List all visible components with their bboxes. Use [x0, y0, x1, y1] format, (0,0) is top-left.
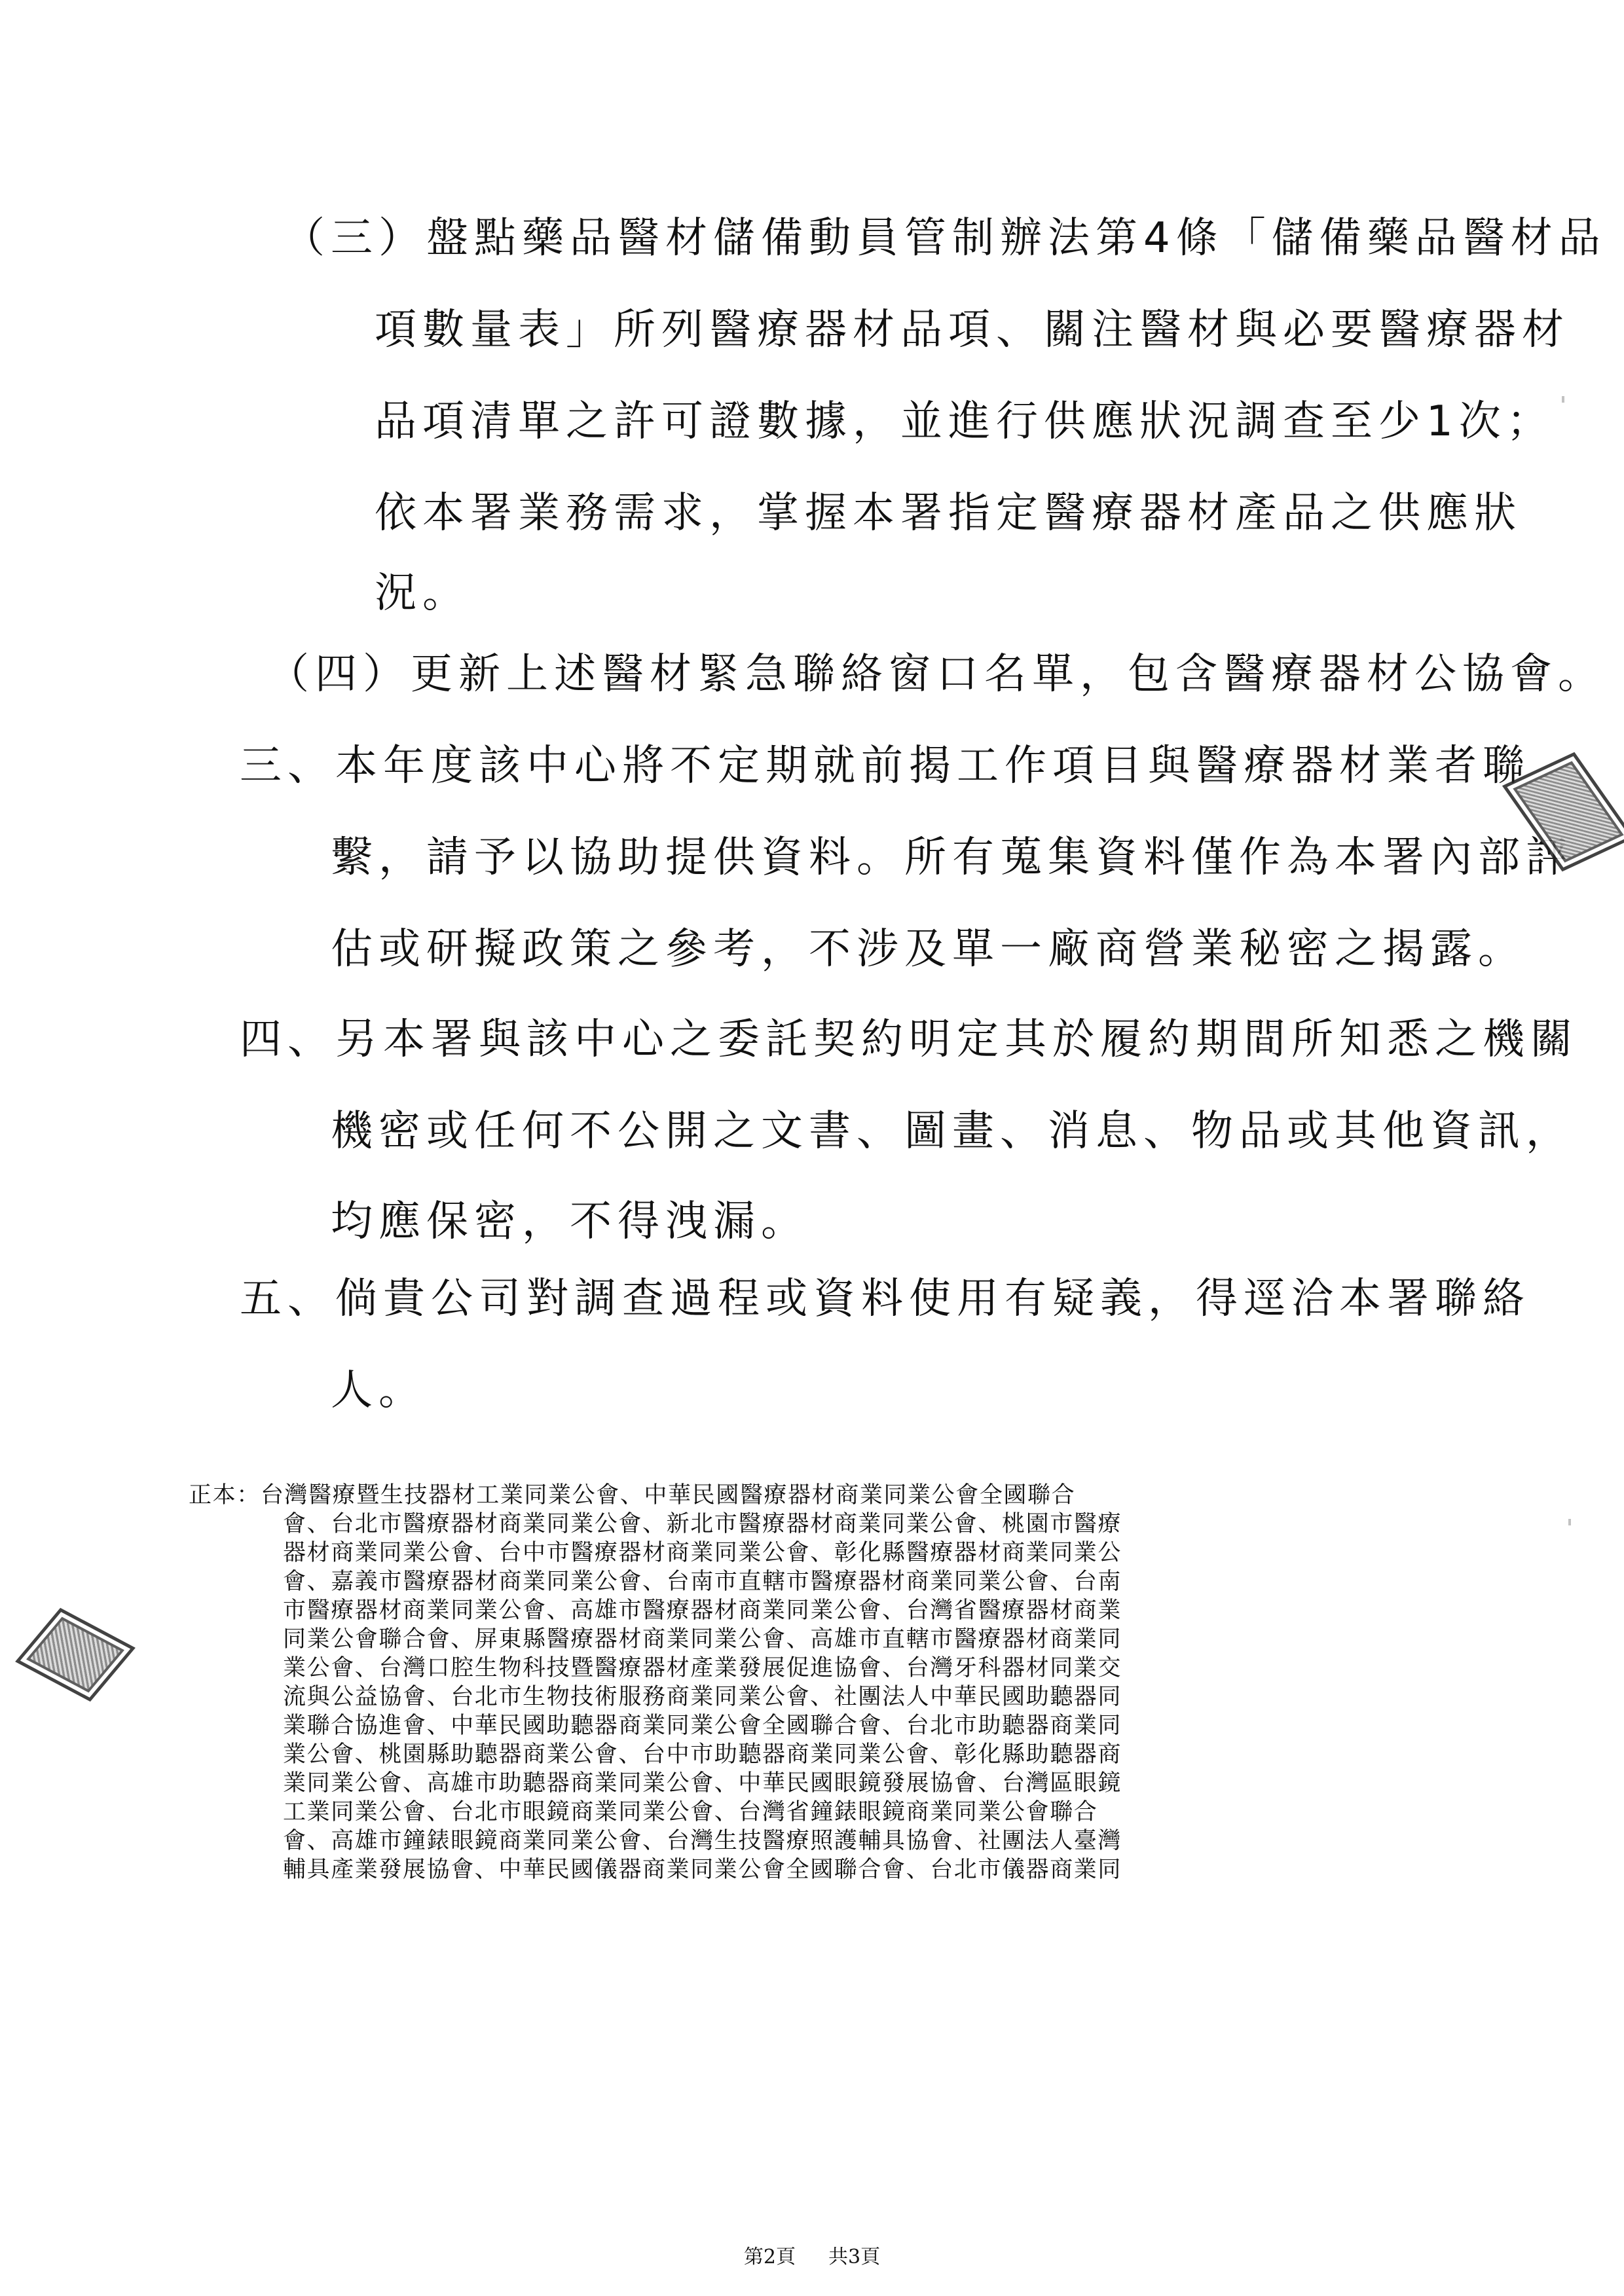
recipients-line-10: 業公會、桃園縣助聽器商業公會、台中市助聽器商業同業公會、彰化縣助聽器商: [283, 1740, 1122, 1769]
section-3-marker: 三、: [240, 742, 335, 790]
section-3-line-1: 三、本年度該中心將不定期就前揭工作項目與醫療器材業者聯: [240, 740, 1530, 792]
section-4-line-1: 四、另本署與該中心之委託契約明定其於履約期間所知悉之機關: [240, 1013, 1578, 1066]
recipients-line-6: 同業公會聯合會、屏東縣醫療器材商業同業公會、高雄市直轄市醫療器材商業同: [283, 1625, 1122, 1654]
recipients-line-3: 器材商業同業公會、台中市醫療器材商業同業公會、彰化縣醫療器材商業同業公: [283, 1539, 1122, 1567]
recipients-label: 正本：: [189, 1482, 261, 1508]
recipients-line-8: 流與公益協會、台北市生物技術服務商業同業公會、社團法人中華民國助聽器同: [283, 1683, 1122, 1711]
section-3-line-2: 繫，請予以協助提供資料。所有蒐集資料僅作為本署內部評: [331, 831, 1574, 884]
page-footer: 第2頁共3頁: [0, 2244, 1624, 2270]
item-3-sub-line-4: 依本署業務需求，掌握本署指定醫療器材產品之供應狀: [375, 487, 1522, 539]
recipients-line-14: 輔具產業發展協會、中華民國儀器商業同業公會全國聯合會、台北市儀器商業同: [283, 1855, 1122, 1884]
item-3-sub-line-1: （三）盤點藥品醫材儲備動員管制辦法第4條「儲備藥品醫材品: [283, 212, 1606, 264]
seal-stamp-left: [15, 1608, 136, 1702]
section-4-line-2: 機密或任何不公開之文書、圖畫、消息、物品或其他資訊，: [331, 1105, 1574, 1157]
page-number-current: 第2頁: [744, 2244, 796, 2270]
section-5-marker: 五、: [240, 1275, 335, 1323]
section-4-line-3: 均應保密，不得洩漏。: [331, 1195, 809, 1248]
recipients-line-13: 會、高雄市鐘錶眼鏡商業同業公會、台灣生技醫療照護輔具協會、社團法人臺灣: [283, 1827, 1122, 1855]
section-3-line-3: 估或研擬政策之參考，不涉及單一廠商營業秘密之揭露。: [331, 923, 1526, 975]
page-number-total: 共3頁: [828, 2244, 880, 2270]
scan-speck: [1562, 396, 1564, 403]
document-page: （三）盤點藥品醫材儲備動員管制辦法第4條「儲備藥品醫材品 項數量表」所列醫療器材…: [0, 0, 1624, 2296]
recipients-line-9: 業聯合協進會、中華民國助聽器商業同業公會全國聯合會、台北市助聽器商業同: [283, 1711, 1122, 1740]
recipients-line-2: 會、台北市醫療器材商業同業公會、新北市醫療器材商業同業公會、桃園市醫療: [283, 1510, 1122, 1539]
section-4-marker: 四、: [240, 1015, 335, 1064]
section-5-line-2: 人。: [331, 1364, 426, 1417]
recipients-line-11: 業同業公會、高雄市助聽器商業同業公會、中華民國眼鏡發展協會、台灣區眼鏡: [283, 1769, 1122, 1798]
item-3-sub-line-2: 項數量表」所列醫療器材品項、關注醫材與必要醫療器材: [375, 304, 1570, 356]
item-3-sub-line-5: 況。: [375, 567, 470, 619]
recipients-line-5: 市醫療器材商業同業公會、高雄市醫療器材商業同業公會、台灣省醫療器材商業: [283, 1596, 1122, 1625]
item-3-sub-line-3: 品項清單之許可證數據，並進行供應狀況調查至少1次；: [375, 395, 1555, 448]
recipients-line-1: 正本：台灣醫療暨生技器材工業同業公會、中華民國醫療器材商業同業公會全國聯合: [189, 1481, 1075, 1510]
recipients-line-12: 工業同業公會、台北市眼鏡商業同業公會、台灣省鐘錶眼鏡商業同業公會聯合: [283, 1798, 1098, 1827]
item-4-sub-line-1: （四）更新上述醫材緊急聯絡窗口名單，包含醫療器材公協會。: [267, 648, 1606, 701]
section-5-line-1: 五、倘貴公司對調查過程或資料使用有疑義，得逕洽本署聯絡: [240, 1273, 1530, 1325]
recipients-line-7: 業公會、台灣口腔生物科技暨醫療器材產業發展促進協會、台灣牙科器材同業交: [283, 1654, 1122, 1683]
recipients-line-4: 會、嘉義市醫療器材商業同業公會、台南市直轄市醫療器材商業同業公會、台南: [283, 1567, 1122, 1596]
item-3-sub-marker: （三）: [283, 214, 426, 263]
scan-speck: [1568, 1519, 1571, 1525]
item-4-sub-marker: （四）: [267, 650, 411, 699]
